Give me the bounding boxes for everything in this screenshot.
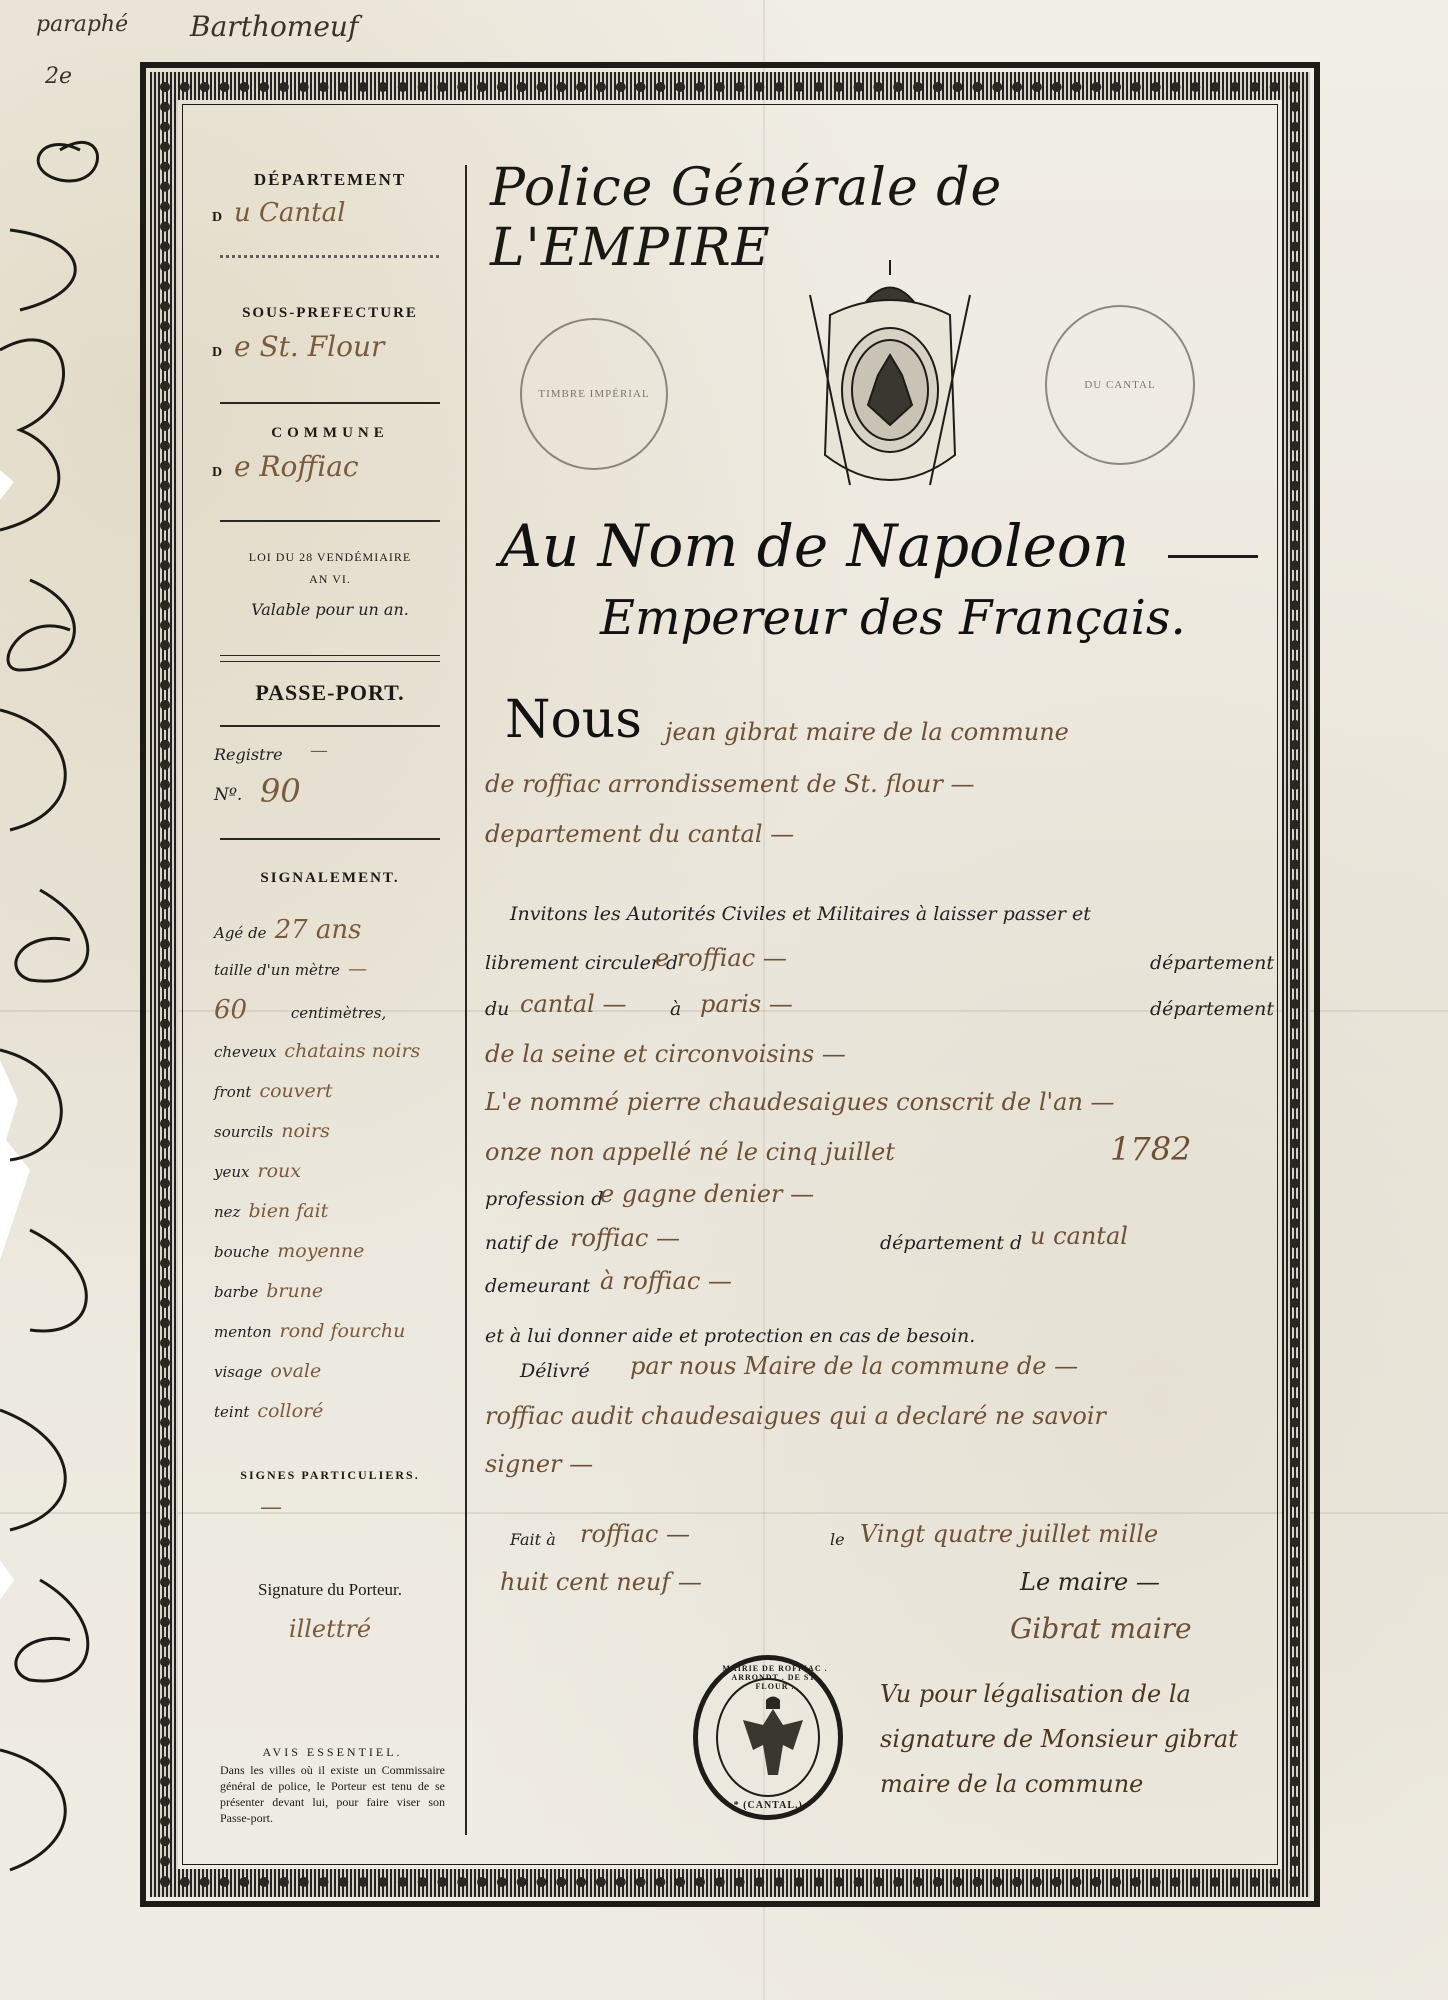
signalement-row-age: Agé de27 ans <box>214 915 464 945</box>
bearer-line-1: L'e nommé pierre chaudesaigues conscrit … <box>485 1088 1115 1116</box>
departement-label-2: département <box>1150 998 1274 1020</box>
issuer-line-1: jean gibrat maire de la commune <box>665 718 1069 746</box>
signes-particuliers-value: — <box>260 1495 282 1520</box>
to-dept: de la seine et circonvoisins — <box>485 1040 846 1068</box>
from-dept-prefix: du <box>485 998 509 1020</box>
residence-label: demeurant <box>485 1275 590 1297</box>
margin-note-paraphe: paraphé <box>36 12 128 37</box>
avis-body: Dans les villes où il existe un Commissa… <box>220 1762 445 1826</box>
passport-heading: PASSE-PORT. <box>200 680 460 706</box>
numero-value: 90 <box>260 772 301 810</box>
avis-title: AVIS ESSENTIEL. <box>220 1745 445 1760</box>
from-place: e roffiac — <box>655 944 787 972</box>
departement-label-1: département <box>1150 952 1274 974</box>
to-place: paris — <box>700 990 793 1018</box>
commune-value: e Roffiac <box>234 450 359 483</box>
profession-value: e gagne denier — <box>600 1180 814 1208</box>
timbre-stamp-left: TIMBRE IMPÉRIAL <box>520 318 668 470</box>
loi-line-2: AN VI. <box>200 572 460 587</box>
left-column: DÉPARTEMENT D u Cantal SOUS-PREFECTURE D… <box>200 120 460 1850</box>
from-dept: cantal — <box>520 990 626 1018</box>
legalisation-line-2: signature de Monsieur gibrat <box>880 1725 1238 1753</box>
double-divider <box>220 655 440 662</box>
stamp-text-top: MAIRIE DE ROFFIAC . ARRONDT . DE ST-FLOU… <box>720 1664 830 1691</box>
signalement-row-taille: taille d'un mètre— <box>214 958 464 980</box>
delivered-line-2: roffiac audit chaudesaigues qui a declar… <box>485 1402 1106 1430</box>
mayor-signature: Gibrat maire <box>1010 1612 1192 1645</box>
loi-line-1: LOI DU 28 VENDÉMIAIRE <box>200 550 460 565</box>
divider <box>220 402 440 404</box>
native-dept: u cantal <box>1030 1222 1128 1250</box>
invitation-text: Invitons les Autorités Civiles et Milita… <box>510 903 1091 925</box>
divider <box>220 255 440 258</box>
divider <box>220 725 440 727</box>
sous-prefecture-value: e St. Flour <box>234 330 384 363</box>
invocation-line-1: Au Nom de Napoleon <box>500 512 1129 580</box>
sous-prefecture-label: SOUS-PREFECTURE <box>200 305 460 322</box>
signature-porteur-value: illettré <box>200 1615 460 1643</box>
numero-label: Nº. <box>214 785 242 805</box>
signes-particuliers-heading: SIGNES PARTICULIERS. <box>200 1468 460 1483</box>
a-label: à <box>670 998 681 1020</box>
mairie-de-roffiac-stamp: MAIRIE DE ROFFIAC . ARRONDT . DE ST-FLOU… <box>693 1655 843 1820</box>
signalement-row-visage: visageovale <box>214 1360 464 1382</box>
delivered-line-3: signer — <box>485 1450 593 1478</box>
invocation-line-2: Empereur des Français. <box>600 590 1186 646</box>
margin-note-number: 2e <box>45 64 72 89</box>
ornamental-dash <box>1168 555 1258 558</box>
signalement-row-yeux: yeuxroux <box>214 1160 464 1182</box>
calligraphic-flourish-icon <box>0 110 120 1890</box>
date-line-2: huit cent neuf — <box>500 1568 702 1596</box>
departement-prefix: D <box>212 210 222 226</box>
brace-divider <box>220 520 440 522</box>
registre-value: — <box>310 740 328 761</box>
nous-label: Nous <box>505 690 642 750</box>
issuer-line-2: de roffiac arrondissement de St. flour — <box>485 770 974 798</box>
signalement-heading: SIGNALEMENT. <box>200 870 460 887</box>
departement-value: u Cantal <box>234 198 345 228</box>
native-label: natif de <box>485 1232 559 1254</box>
sous-prefecture-prefix: D <box>212 345 222 361</box>
circuler-text: librement circuler d <box>485 952 678 974</box>
signature-porteur-label: Signature du Porteur. <box>200 1580 460 1600</box>
stamp-text-bottom: * (CANTAL.) * <box>728 1800 818 1811</box>
date-line-1: Vingt quatre juillet mille <box>860 1520 1158 1548</box>
profession-label: profession d <box>485 1188 603 1210</box>
delivered-label: Délivré <box>520 1360 590 1382</box>
fait-label: Fait à <box>510 1530 556 1549</box>
commune-label: COMMUNE <box>200 425 460 442</box>
departement-label: DÉPARTEMENT <box>200 170 460 190</box>
commune-prefix: D <box>212 465 222 481</box>
crowned-eagle-icon <box>738 1695 808 1790</box>
legalisation-line-1: Vu pour légalisation de la <box>880 1680 1191 1708</box>
signalement-row-sourcils: sourcilsnoirs <box>214 1120 464 1142</box>
imperial-coat-of-arms-icon <box>790 255 990 505</box>
cantal-stamp-right: DU CANTAL <box>1045 305 1195 465</box>
delivered-line-1: par nous Maire de la commune de — <box>630 1352 1078 1380</box>
signalement-row-bouche: bouchemoyenne <box>214 1240 464 1262</box>
birth-year: 1782 <box>1110 1130 1191 1168</box>
column-divider <box>465 165 467 1835</box>
signalement-row-front: frontcouvert <box>214 1080 464 1102</box>
signalement-row-nez: nezbien fait <box>214 1200 464 1222</box>
registre-label: Registre <box>214 745 283 764</box>
protection-text: et à lui donner aide et protection en ca… <box>485 1325 975 1347</box>
signalement-row-cheveux: cheveuxchatains noirs <box>214 1040 464 1062</box>
bearer-line-2: onze non appellé né le cinq juillet <box>485 1138 895 1166</box>
issuer-line-3: departement du cantal — <box>485 820 794 848</box>
validity-text: Valable pour un an. <box>200 600 460 619</box>
residence-value: à roffiac — <box>600 1267 732 1295</box>
signalement-row-barbe: barbebrune <box>214 1280 464 1302</box>
mayor-label: Le maire — <box>1020 1568 1160 1596</box>
signalement-row-menton: mentonrond fourchu <box>214 1320 464 1342</box>
native-dept-label: département d <box>880 1232 1022 1254</box>
fait-place: roffiac — <box>580 1520 690 1548</box>
signalement-row-teint: teintcolloré <box>214 1400 464 1422</box>
native-place: roffiac — <box>570 1224 680 1252</box>
margin-signature: Barthomeuf <box>190 10 358 43</box>
date-label: le <box>830 1530 845 1549</box>
divider <box>220 838 440 840</box>
legalisation-line-3: maire de la commune <box>880 1770 1143 1798</box>
avis-essentiel: AVIS ESSENTIEL. Dans les villes où il ex… <box>220 1745 445 1826</box>
signalement-row-centimetres: 60 centimètres, <box>214 995 464 1025</box>
